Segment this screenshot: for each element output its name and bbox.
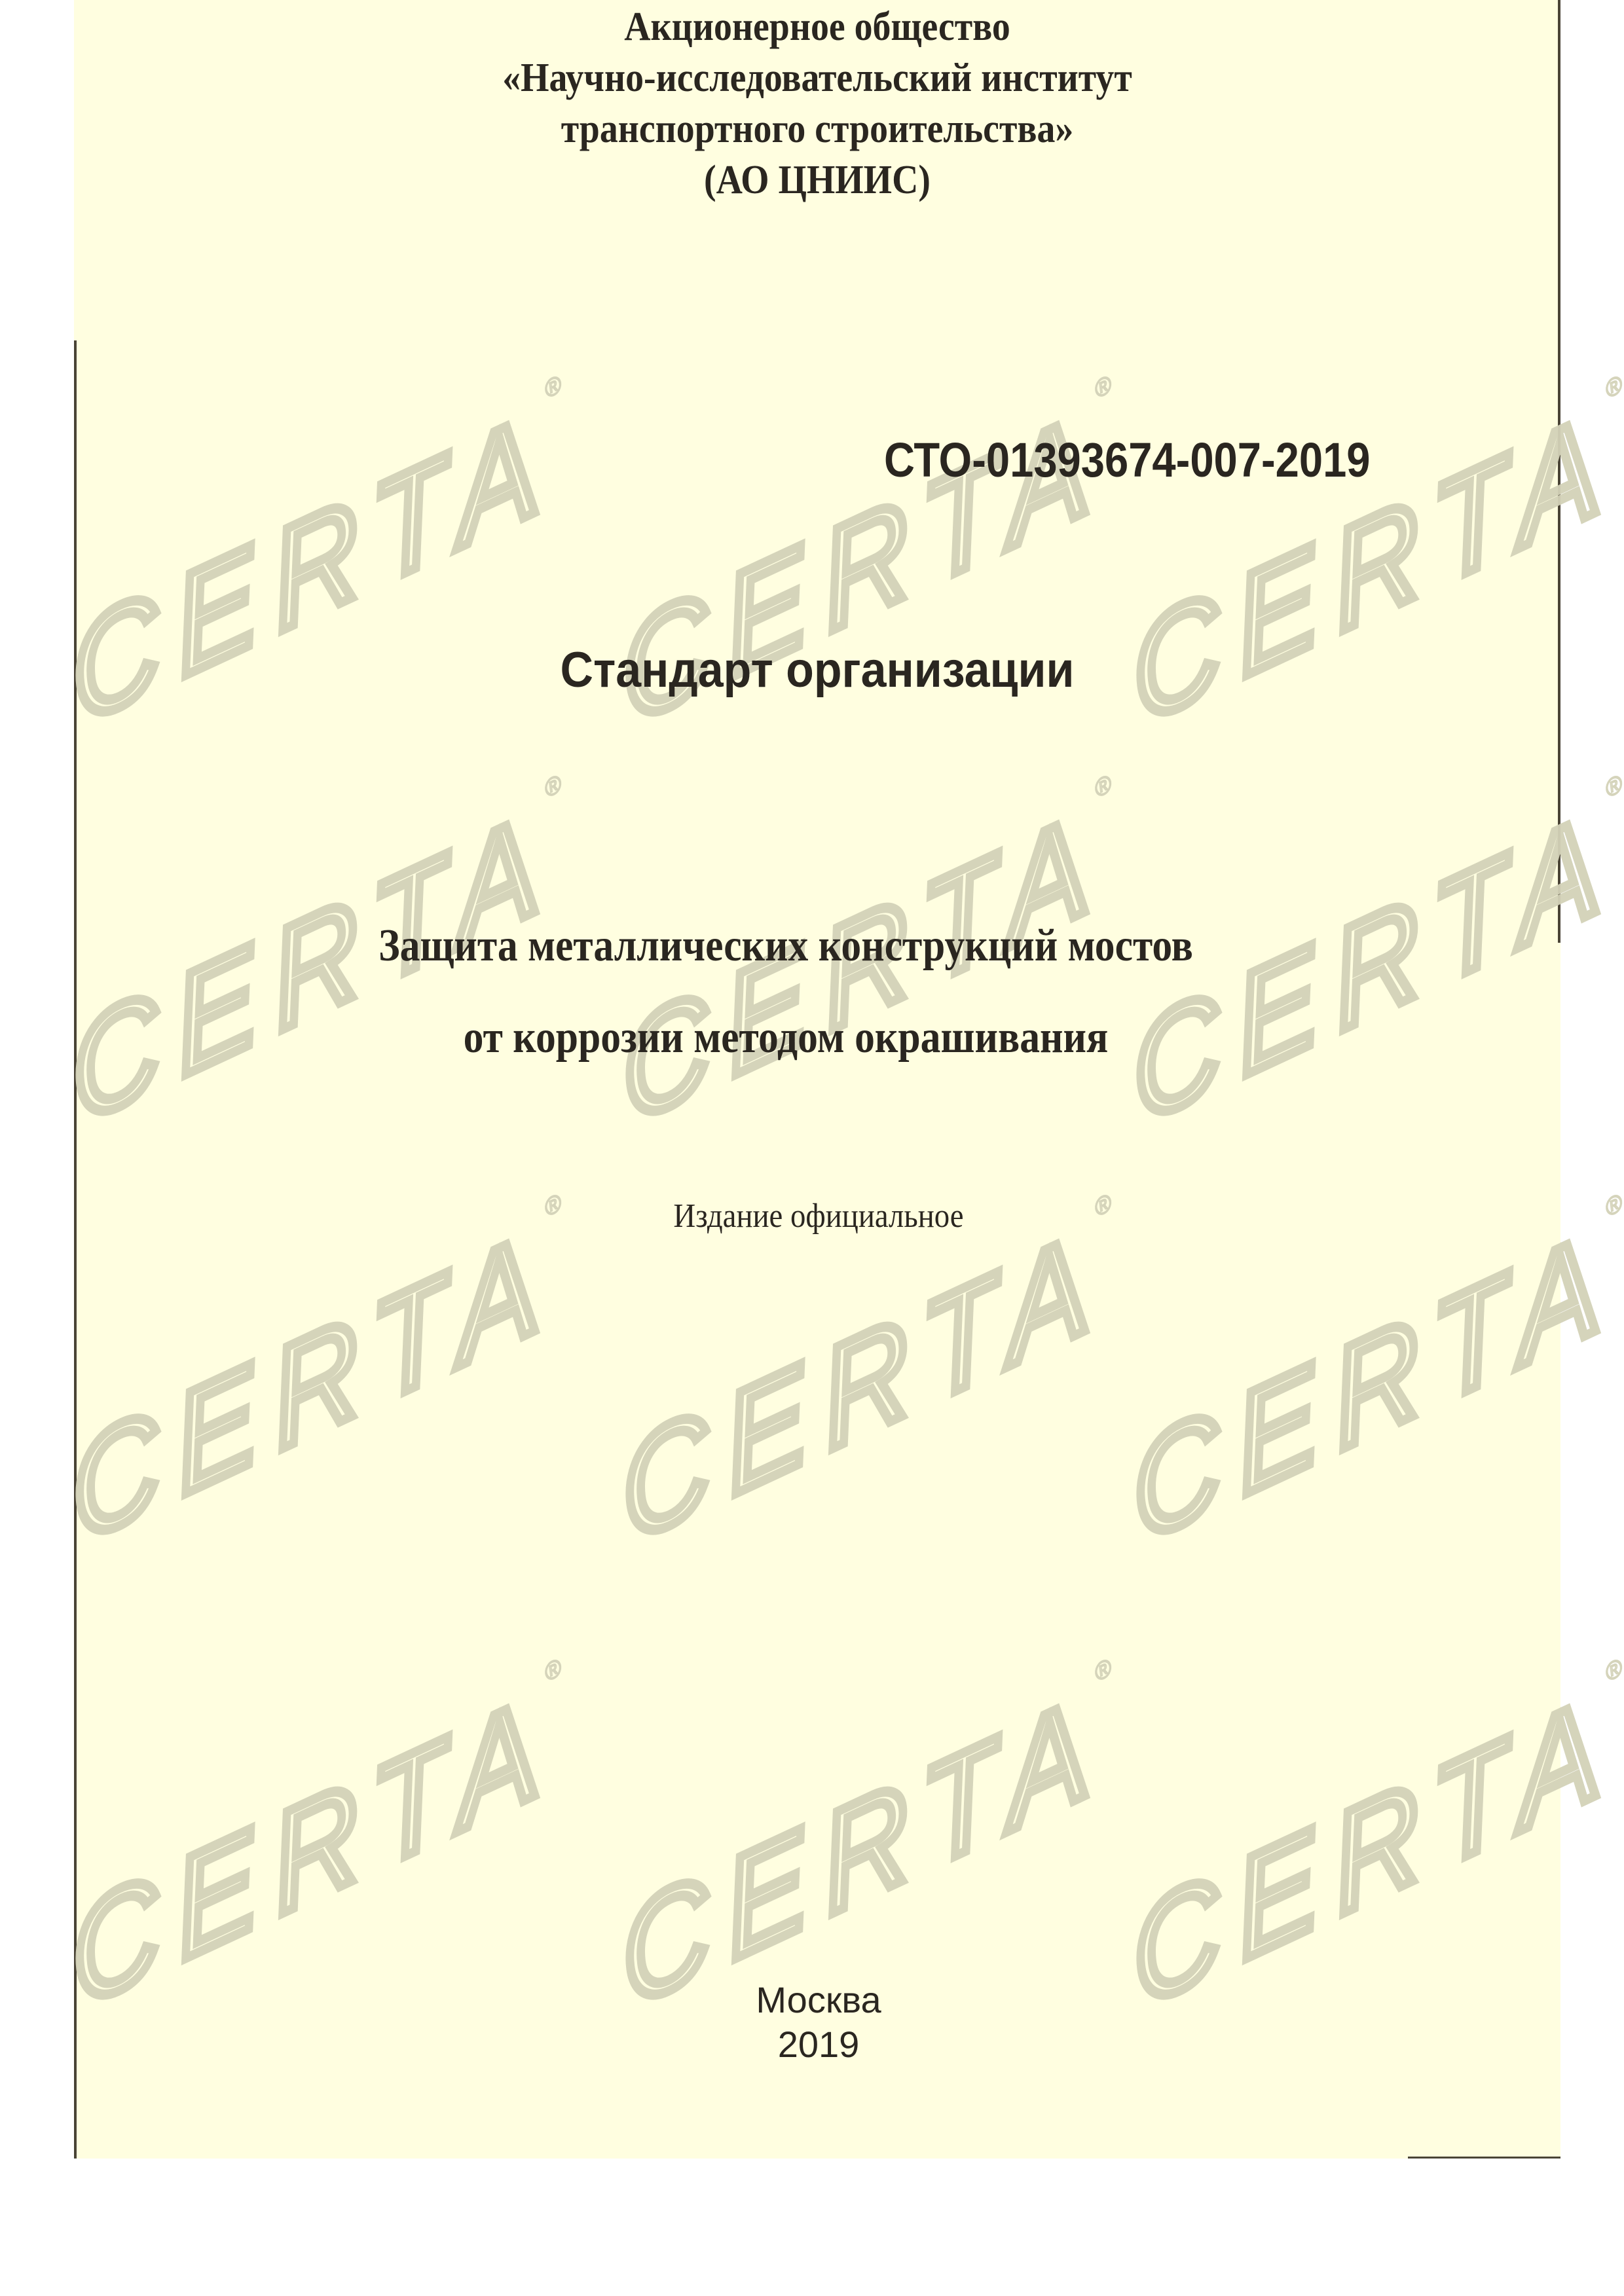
organization-header: Акционерное общество «Научно-исследовате… — [74, 1, 1560, 206]
document-code: СТО-01393674-007-2019 — [884, 432, 1371, 488]
organization-line: Акционерное общество — [149, 1, 1486, 52]
organization-line: транспортного строительства» — [149, 103, 1486, 155]
registered-mark-icon: ® — [1604, 1187, 1623, 1222]
registered-mark-icon: ® — [1604, 768, 1623, 803]
publication-year: 2019 — [655, 2023, 982, 2066]
page-left-edge — [74, 340, 77, 2159]
document-page — [74, 0, 1560, 2159]
edition-label: Издание официальное — [553, 1197, 1084, 1235]
page-bottom-edge — [1408, 2157, 1560, 2159]
organization-line: «Научно-исследовательский институт — [149, 52, 1486, 103]
document-type: Стандарт организации — [134, 642, 1501, 699]
publication-city: Москва — [655, 1978, 982, 2021]
organization-line: (АО ЦНИИС) — [149, 155, 1486, 206]
document-title-line-1: Защита металлических конструкций мостов — [267, 920, 1304, 972]
registered-mark-icon: ® — [1604, 369, 1623, 404]
registered-mark-icon: ® — [1604, 1652, 1623, 1687]
document-title-line-2: от коррозии методом окрашивания — [267, 1011, 1304, 1064]
